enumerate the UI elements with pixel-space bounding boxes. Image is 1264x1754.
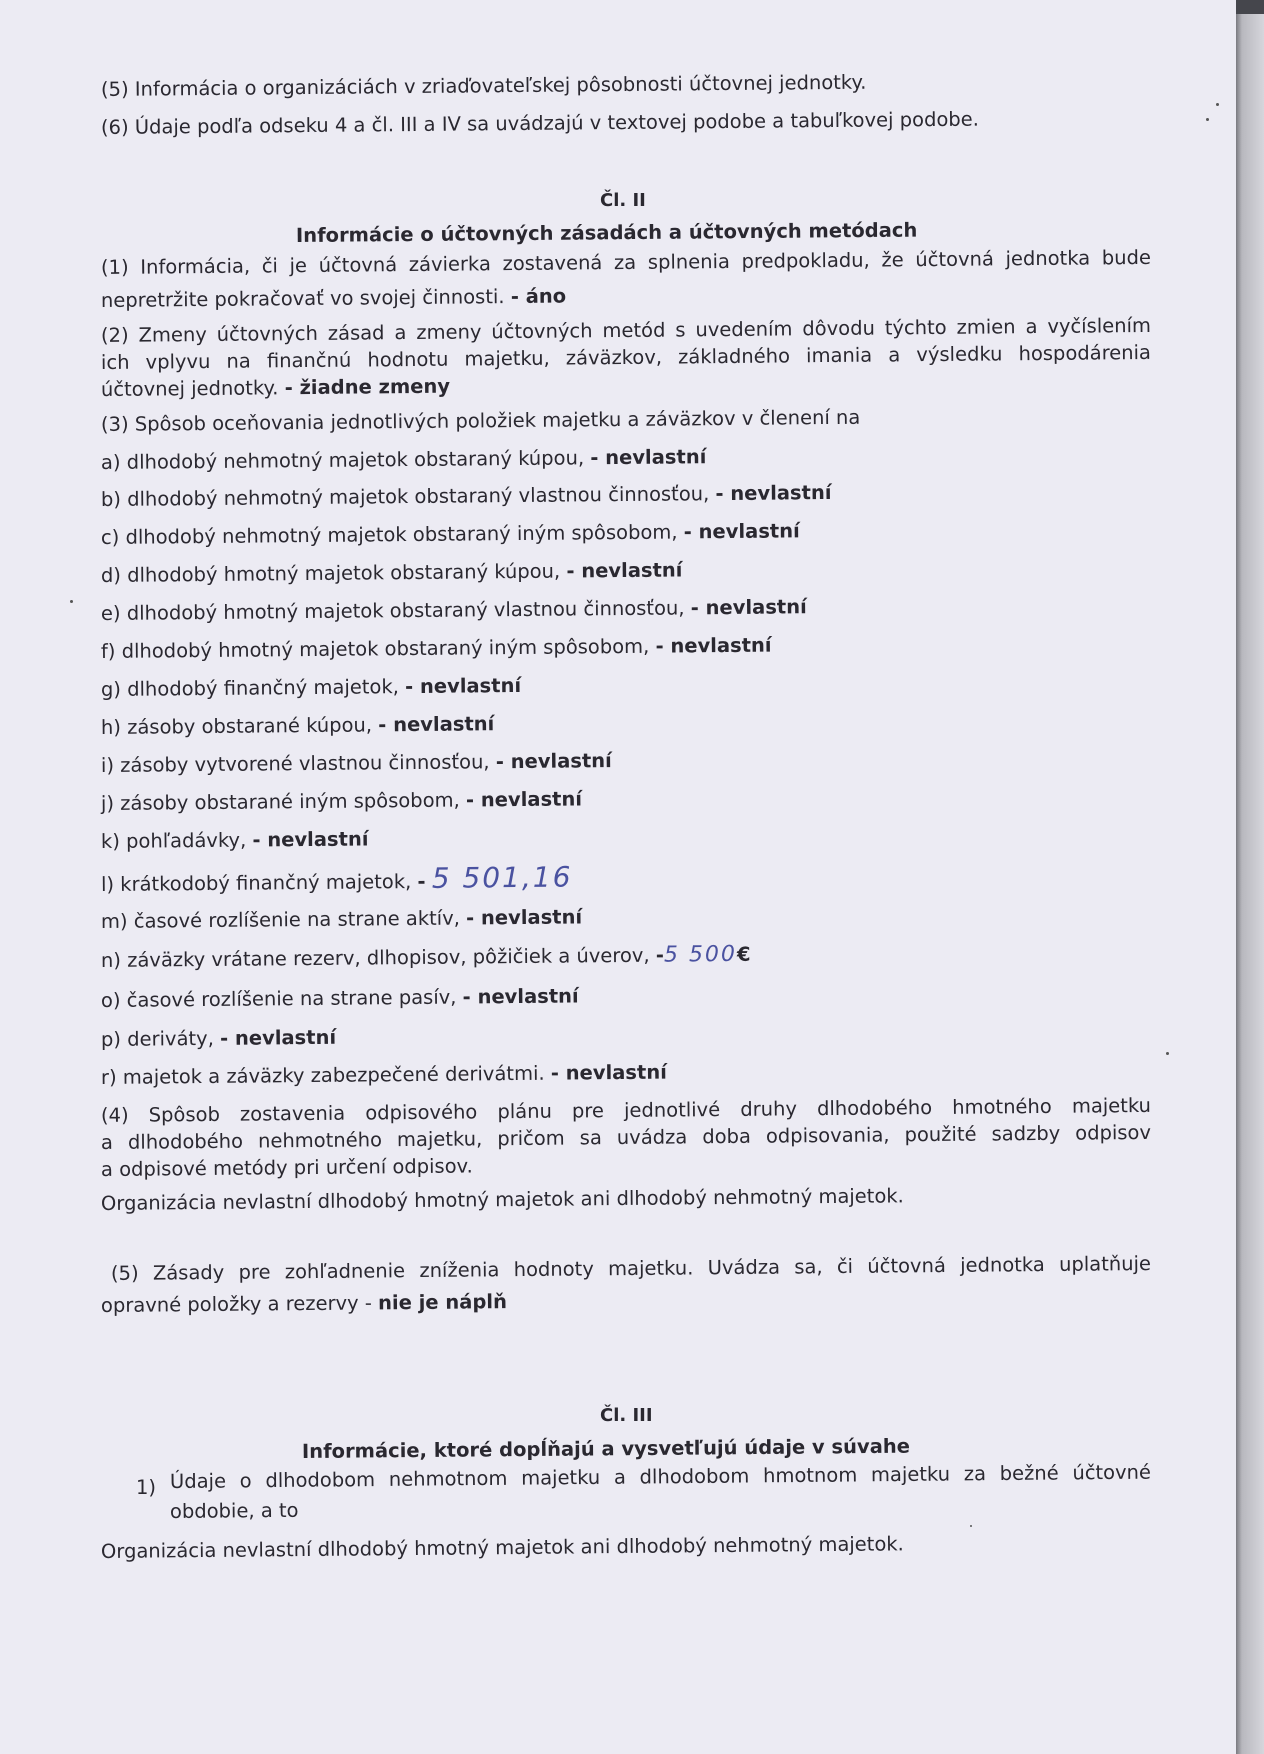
scan-page-edge (1236, 0, 1264, 1754)
scanned-page: (5) Informácia o organizáciách v zriaďov… (0, 0, 1236, 1754)
article-2-p3-intro: (3) Spôsob oceňovania jednotlivých polož… (101, 406, 861, 437)
article-2-p1-answer: - áno (511, 285, 567, 309)
handwritten-amount-l: 5 501,16 (432, 860, 573, 894)
scan-speck (1166, 1052, 1169, 1055)
article-3-title: Informácie, ktoré dopĺňajú a vysvetľujú … (302, 1435, 910, 1464)
article-3-p1-line1: Údaje o dlhodobom nehmotnom majetku a dl… (170, 1461, 1151, 1494)
list-item-o: o) časové rozlíšenie na strane pasív, - … (101, 984, 579, 1013)
article-3-p1-answer: Organizácia nevlastní dlhodobý hmotný ma… (101, 1532, 904, 1564)
intro-paragraph-6: (6) Údaje podľa odseku 4 a čl. III a IV … (101, 108, 979, 140)
handwritten-amount-n: 5 500 (664, 942, 737, 968)
scan-speck (1216, 103, 1219, 106)
article-2-p2-answer: - žiadne zmeny (285, 375, 451, 400)
scan-speck (970, 1525, 972, 1527)
scan-speck (70, 600, 73, 603)
list-item-m: m) časové rozlíšenie na strane aktív, - … (101, 905, 582, 934)
list-item-e: e) dlhodobý hmotný majetok obstaraný vla… (101, 595, 807, 626)
article-2-p5-line1: (5) Zásady pre zohľadnenie zníženia hodn… (111, 1252, 1151, 1286)
article-3-number: Čl. III (600, 1404, 653, 1428)
list-item-a: a) dlhodobý nehmotný majetok obstaraný k… (101, 445, 707, 475)
article-2-p4-answer: Organizácia nevlastní dlhodobý hmotný ma… (101, 1184, 904, 1216)
article-2-p2-line3: účtovnej jednotky. - žiadne zmeny (101, 375, 450, 402)
list-item-d: d) dlhodobý hmotný majetok obstaraný kúp… (101, 558, 683, 588)
article-2-p1-line2: nepretržite pokračovať vo svojej činnost… (101, 285, 566, 313)
article-3-p1-line2: obdobie, a to (170, 1499, 299, 1524)
list-item-b: b) dlhodobý nehmotný majetok obstaraný v… (101, 481, 832, 512)
scan-speck (1206, 118, 1209, 121)
article-2-p1-line1: (1) Informácia, či je účtovná závierka z… (101, 246, 1151, 280)
list-item-h: h) zásoby obstarané kúpou, - nevlastní (101, 712, 495, 740)
scan-page-edge-top (1236, 0, 1264, 14)
list-item-g: g) dlhodobý finančný majetok, - nevlastn… (101, 674, 521, 702)
article-2-number: Čl. II (600, 189, 646, 213)
list-item-k: k) pohľadávky, - nevlastní (101, 827, 369, 854)
list-item-p: p) deriváty, - nevlastní (101, 1026, 336, 1052)
list-item-i: i) zásoby vytvorené vlastnou činnosťou, … (101, 749, 612, 778)
list-item-f: f) dlhodobý hmotný majetok obstaraný iný… (101, 634, 772, 664)
article-3-p1-number: 1) (136, 1476, 156, 1500)
list-item-c: c) dlhodobý nehmotný majetok obstaraný i… (101, 519, 800, 550)
article-2-p4-line3: a odpisové metódy pri určení odpisov. (101, 1154, 473, 1182)
article-2-p5-line2: opravné položky a rezervy - nie je náplň (101, 1290, 507, 1318)
list-item-r: r) majetok a záväzky zabezpečené derivát… (101, 1061, 667, 1090)
article-2-p5-answer: nie je náplň (378, 1290, 507, 1314)
list-item-j: j) zásoby obstarané iným spôsobom, - nev… (101, 787, 582, 816)
intro-paragraph-5: (5) Informácia o organizáciách v zriaďov… (101, 71, 867, 102)
list-item-l: l) krátkodobý finančný majetok, - 5 501,… (101, 865, 573, 897)
list-item-n: n) záväzky vrátane rezerv, dlhopisov, pô… (101, 943, 751, 973)
article-2-title: Informácie o účtovných zásadách a účtovn… (296, 219, 918, 248)
